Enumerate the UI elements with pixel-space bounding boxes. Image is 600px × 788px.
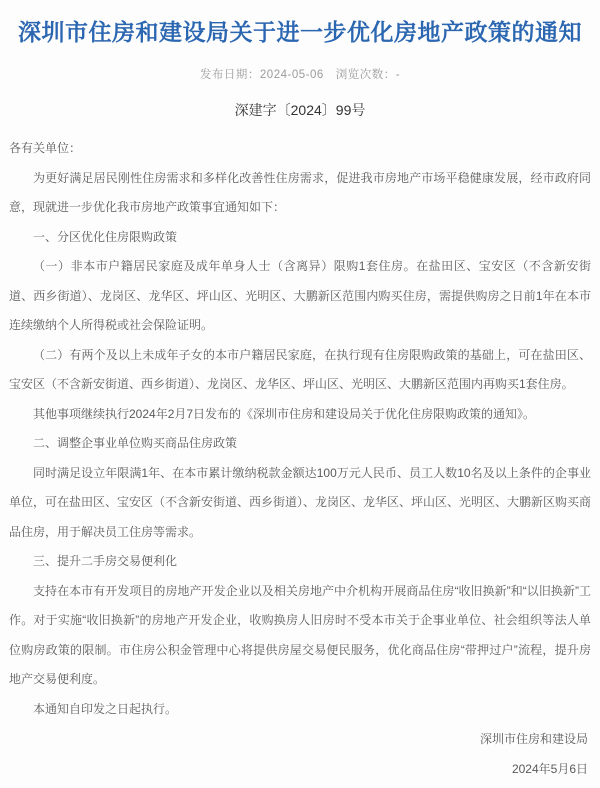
paragraph-section1-item1: （一）非本市户籍居民家庭及成年单身人士（含离异）限购1套住房。在盐田区、宝安区（… xyxy=(9,252,591,341)
paragraph-section3: 支持在本市有开发项目的房地产开发企业以及相关房地产中介机构开展商品住房“收旧换新… xyxy=(9,577,591,695)
section-2-heading: 二、调整企事业单位购买商品住房政策 xyxy=(9,429,591,459)
paragraph-intro: 为更好满足居民刚性住房需求和多样化改善性住房需求，促进我市房地产市场平稳健康发展… xyxy=(9,164,591,223)
notice-page: 深圳市住房和建设局关于进一步优化房地产政策的通知 发布日期：2024-05-06… xyxy=(0,0,600,788)
meta-line: 发布日期：2024-05-06浏览次数：- xyxy=(0,68,600,82)
notice-body: 各有关单位： 为更好满足居民刚性住房需求和多样化改善性住房需求，促进我市房地产市… xyxy=(0,134,600,724)
views-label: 浏览次数： xyxy=(336,69,396,81)
doc-number: 深建字〔2024〕99号 xyxy=(0,102,600,118)
publish-date-value: 2024-05-06 xyxy=(260,69,324,81)
paragraph-effective: 本通知自印发之日起执行。 xyxy=(9,695,591,725)
salutation: 各有关单位： xyxy=(9,134,591,164)
signature-block: 深圳市住房和建设局 2024年5月6日 xyxy=(0,724,600,784)
section-3-heading: 三、提升二手房交易便利化 xyxy=(9,547,591,577)
section-1-heading: 一、分区优化住房限购政策 xyxy=(9,223,591,253)
signature-date: 2024年5月6日 xyxy=(0,754,588,784)
page-title: 深圳市住房和建设局关于进一步优化房地产政策的通知 xyxy=(0,16,600,48)
paragraph-section1-item2: （二）有两个及以上未成年子女的本市户籍居民家庭，在执行现有住房限购政策的基础上，… xyxy=(9,341,591,400)
signature-org: 深圳市住房和建设局 xyxy=(0,724,588,754)
paragraph-section1-other: 其他事项继续执行2024年2月7日发布的《深圳市住房和建设局关于优化住房限购政策… xyxy=(9,400,591,430)
paragraph-section2: 同时满足设立年限满1年、在本市累计缴纳税款金额达100万元人民币、员工人数10名… xyxy=(9,459,591,548)
publish-date-label: 发布日期： xyxy=(200,69,260,81)
views-value: - xyxy=(396,69,400,81)
